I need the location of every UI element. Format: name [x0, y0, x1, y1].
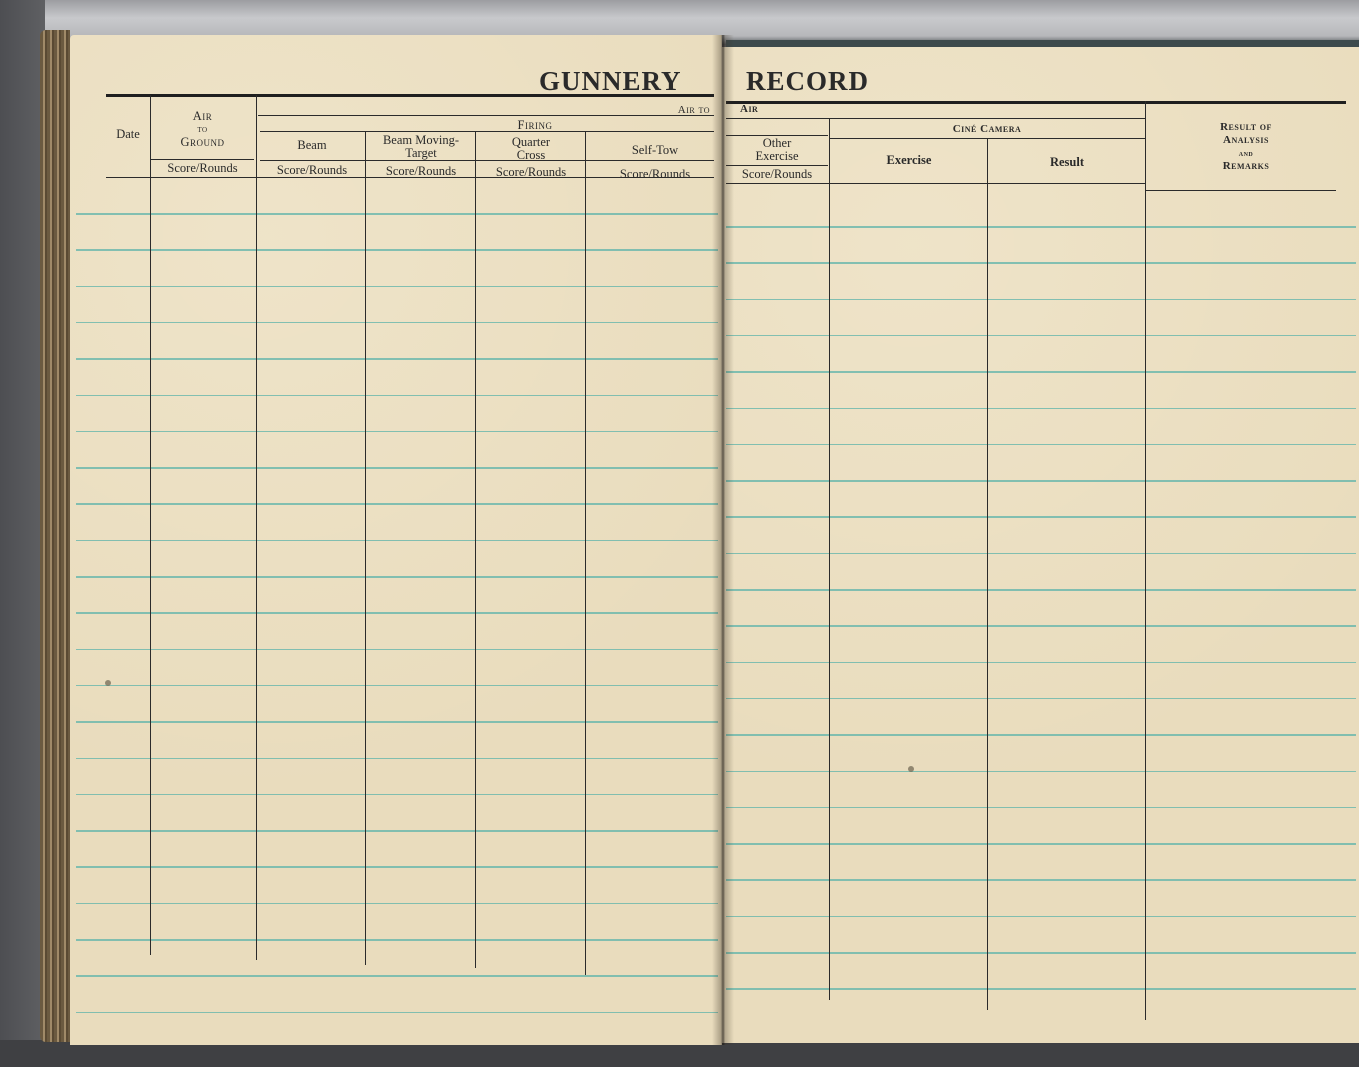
- ruled-line: [726, 916, 1356, 918]
- ruled-line: [76, 431, 718, 433]
- ruled-line: [726, 335, 1356, 337]
- subheader-score-rounds: Score/Rounds: [150, 162, 255, 175]
- grid-line: [475, 132, 476, 968]
- header-cine-exercise: Exercise: [830, 154, 988, 167]
- ruled-line: [726, 843, 1356, 845]
- title-record: RECORD: [746, 66, 869, 97]
- subheader-score-rounds: Score/Rounds: [258, 164, 366, 177]
- ruled-line: [726, 662, 1356, 664]
- scanner-background-left: [0, 0, 45, 1067]
- header-line: Remarks: [1146, 160, 1346, 173]
- ruled-line: [76, 358, 718, 360]
- grid-line: [258, 115, 714, 116]
- grid-line: [1145, 101, 1146, 1020]
- right-page: [722, 47, 1359, 1043]
- header-air-to-ground: Air to Ground: [150, 110, 255, 149]
- grid-line: [829, 118, 830, 1000]
- ruled-line: [76, 576, 718, 578]
- ruled-line: [76, 649, 718, 651]
- ruled-line: [76, 830, 718, 832]
- title-gunnery: GUNNERY: [539, 66, 682, 97]
- header-air-to: Air to: [650, 104, 710, 117]
- header-line: Air: [150, 110, 255, 123]
- ruled-line: [76, 503, 718, 505]
- ruled-line: [76, 540, 718, 542]
- grid-line: [365, 132, 366, 965]
- ruled-line: [726, 698, 1356, 700]
- grid-line: [256, 95, 257, 960]
- ruled-line: [76, 612, 718, 614]
- header-remarks: Result of Analysis and Remarks: [1146, 121, 1346, 173]
- grid-line: [1146, 190, 1336, 191]
- header-firing: Firing: [470, 119, 600, 132]
- paper-blemish: [908, 766, 914, 772]
- header-cine-result: Result: [988, 156, 1146, 169]
- ruled-line: [76, 685, 718, 687]
- header-line: and: [1146, 147, 1346, 160]
- header-line: Cross: [476, 149, 586, 162]
- ruled-line: [726, 771, 1356, 773]
- ruled-line: [76, 249, 718, 251]
- ruled-line: [726, 408, 1356, 410]
- header-beam: Beam: [258, 139, 366, 152]
- ruled-line: [76, 213, 718, 215]
- ruled-line: [726, 226, 1356, 228]
- ruled-line: [76, 395, 718, 397]
- ruled-line: [76, 866, 718, 868]
- header-self-tow: Self-Tow: [586, 144, 724, 157]
- ruled-line: [726, 444, 1356, 446]
- header-line: Analysis: [1146, 134, 1346, 147]
- header-air: Air: [740, 103, 780, 116]
- grid-line: [987, 138, 988, 1010]
- ruled-line: [76, 721, 718, 723]
- ruled-line: [726, 371, 1356, 373]
- ruled-line: [76, 1012, 718, 1014]
- header-line: Target: [366, 147, 476, 160]
- ruled-line: [726, 988, 1356, 990]
- header-line: Result of: [1146, 121, 1346, 134]
- ruled-line: [726, 262, 1356, 264]
- paper-blemish: [105, 680, 111, 686]
- book-gutter: [712, 35, 734, 1045]
- book-page-edges: [40, 30, 70, 1042]
- grid-line: [726, 183, 1146, 184]
- ruled-line: [76, 467, 718, 469]
- ruled-line: [726, 952, 1356, 954]
- ruled-line: [76, 975, 718, 977]
- ruled-line: [76, 286, 718, 288]
- ruled-line: [76, 903, 718, 905]
- grid-line: [585, 132, 586, 975]
- subheader-score-rounds: Score/Rounds: [726, 168, 828, 181]
- header-line: Exercise: [726, 150, 828, 163]
- ruled-line: [726, 516, 1356, 518]
- ruled-line: [726, 734, 1356, 736]
- header-cine-camera: Ciné Camera: [830, 123, 1144, 136]
- grid-line: [726, 118, 1146, 119]
- subheader-score-rounds: Score/Rounds: [366, 165, 476, 178]
- ruled-line: [726, 807, 1356, 809]
- ruled-line: [726, 480, 1356, 482]
- ruled-line: [726, 589, 1356, 591]
- subheader-score-rounds: Score/Rounds: [586, 168, 724, 181]
- ruled-line: [76, 939, 718, 941]
- ruled-line: [726, 625, 1356, 627]
- ruled-line: [76, 322, 718, 324]
- ruled-line: [726, 553, 1356, 555]
- header-other-exercise: Other Exercise: [726, 137, 828, 163]
- header-date: Date: [108, 128, 148, 141]
- header-line: Ground: [150, 136, 255, 149]
- ruled-line: [76, 758, 718, 760]
- ruled-line: [726, 299, 1356, 301]
- subheader-score-rounds: Score/Rounds: [476, 166, 586, 179]
- ruled-line: [76, 794, 718, 796]
- grid-line: [726, 101, 1346, 104]
- ruled-line: [726, 879, 1356, 881]
- grid-line: [150, 95, 151, 955]
- header-quarter-cross: Quarter Cross: [476, 136, 586, 162]
- header-beam-moving-target: Beam Moving- Target: [366, 134, 476, 160]
